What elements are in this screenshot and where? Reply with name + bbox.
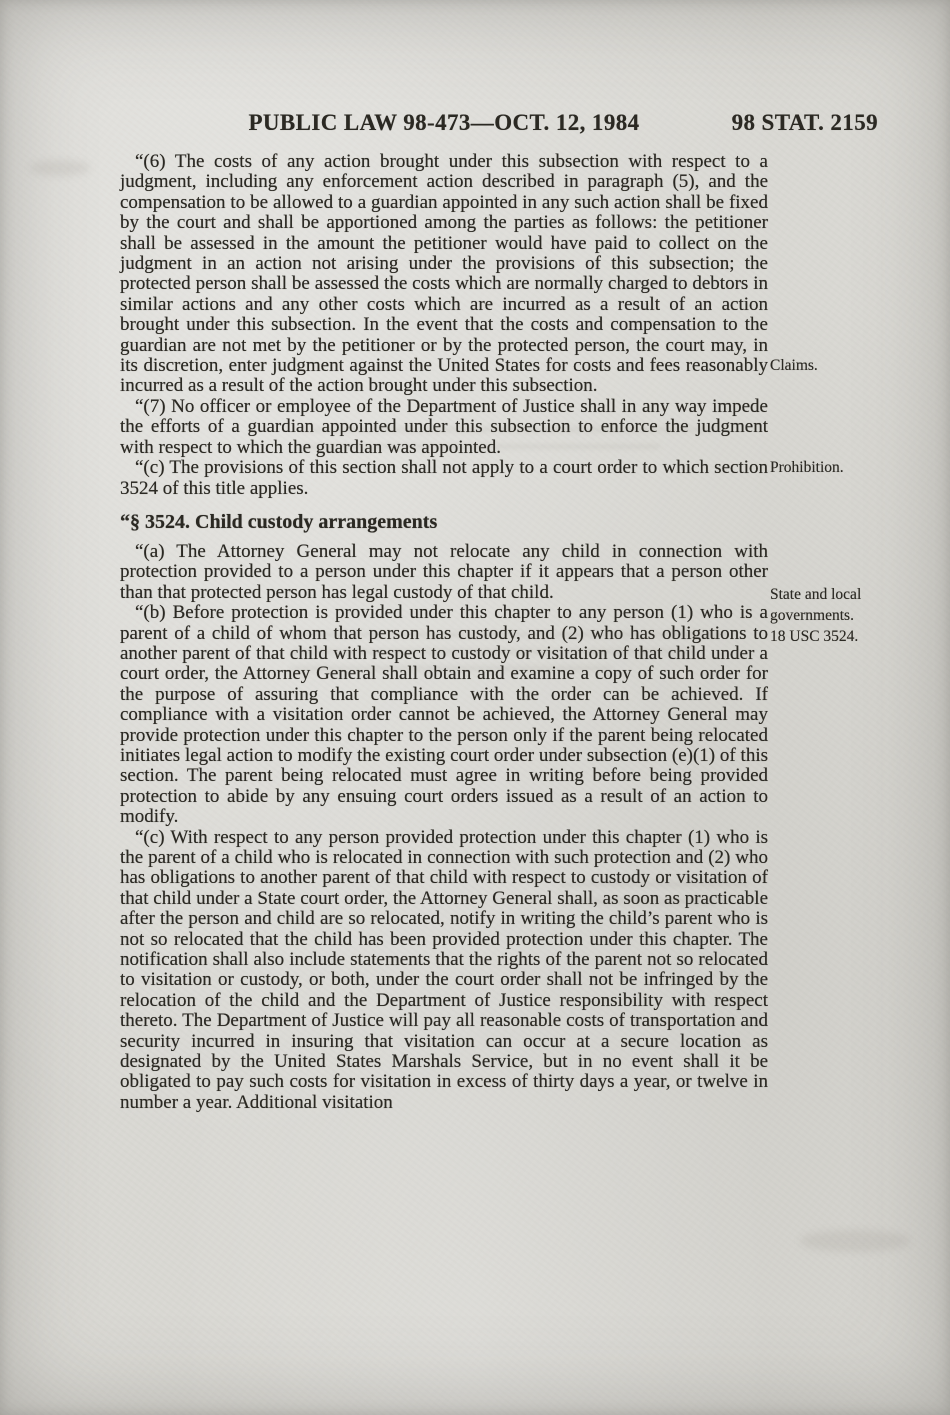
margin-note-state-local-governments: State and local governments. 18 USC 3524…: [770, 584, 892, 647]
margin-note-prohibition: Prohibition.: [770, 457, 892, 478]
body-text-column: “(6) The costs of any action brought und…: [120, 152, 768, 1113]
paragraph-3524-c: “(c) With respect to any person provided…: [120, 828, 768, 1114]
page-header-title: PUBLIC LAW 98-473—OCT. 12, 1984: [120, 110, 768, 136]
paragraph-c: “(c) The provisions of this section shal…: [120, 458, 768, 499]
paragraph-3524-a: “(a) The Attorney General may not reloca…: [120, 542, 768, 603]
scan-smudge: [800, 1230, 910, 1252]
scan-smudge: [30, 160, 90, 176]
statute-page-number: 98 STAT. 2159: [732, 110, 878, 136]
paragraph-7: “(7) No officer or employee of the Depar…: [120, 397, 768, 458]
paragraph-3524-b: “(b) Before protection is provided under…: [120, 603, 768, 827]
margin-note-usc-citation: 18 USC 3524.: [770, 626, 892, 647]
margin-note-governments-text: State and local governments.: [770, 584, 892, 626]
section-heading-3524: “§ 3524. Child custody arrangements: [120, 510, 768, 534]
document-page: PUBLIC LAW 98-473—OCT. 12, 1984 98 STAT.…: [0, 0, 950, 1415]
margin-note-claims: Claims.: [770, 355, 892, 376]
paragraph-6: “(6) The costs of any action brought und…: [120, 152, 768, 397]
